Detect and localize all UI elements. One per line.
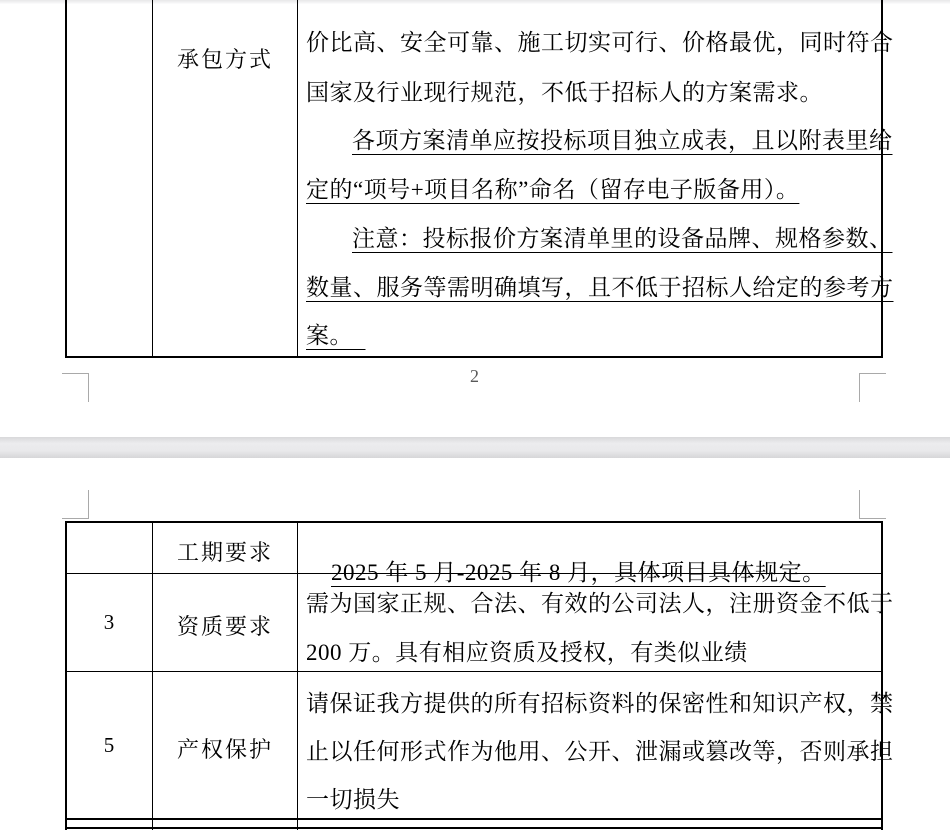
table1-content-line: 价比高、安全可靠、施工切实可行、价格最优，同时符合 — [306, 24, 886, 57]
table2-row-divider-4 — [65, 827, 883, 829]
table2-row3-label: 产权保护 — [153, 733, 297, 764]
previous-row-edge — [0, 0, 950, 4]
margin-mark-top-left-icon — [62, 490, 89, 519]
table2-row-divider-3 — [65, 818, 883, 820]
table1-content-line: 注意：投标报价方案清单里的设备品牌、规格参数、 — [306, 220, 932, 253]
page-gap — [0, 437, 950, 458]
table1-content-line: 数量、服务等需明确填写，且不低于招标人给定的参考方 — [306, 269, 886, 302]
table2-border-top — [65, 521, 883, 523]
table1-border-bottom — [65, 356, 883, 358]
table2-row2-content: 200 万。具有相应资质及授权，有类似业绩 — [306, 634, 886, 667]
table2-row2-number: 3 — [66, 610, 152, 635]
page-number: 2 — [425, 366, 525, 388]
table2-row3-content: 一切损失 — [306, 781, 886, 814]
table2-row-divider-2 — [67, 671, 881, 672]
table1-content-line: 定的“项号+项目名称”命名（留存电子版备用）。 — [306, 171, 886, 204]
table2-row3-content: 请保证我方提供的所有招标资料的保密性和知识产权，禁 — [306, 685, 886, 718]
margin-mark-bottom-left-icon — [62, 373, 89, 402]
table2-border-left — [65, 521, 67, 830]
table1-content-line: 国家及行业现行规范，不低于招标人的方案需求。 — [306, 74, 886, 107]
table1-border-left — [65, 0, 67, 358]
table2-row3-number: 5 — [66, 733, 152, 758]
table2-divider-col2 — [297, 523, 298, 830]
table2-row2-content: 需为国家正规、合法、有效的公司法人，注册资金不低于 — [306, 585, 886, 618]
document-canvas: 承包方式 价比高、安全可靠、施工切实可行、价格最优，同时符合 国家及行业现行规范… — [0, 0, 950, 830]
margin-mark-top-right-icon — [859, 490, 886, 519]
table2-row1-label: 工期要求 — [153, 536, 297, 567]
table1-content-line: 案。 — [306, 317, 886, 350]
table1-content-line: 各项方案清单应按投标项目独立成表，且以附表里给 — [306, 122, 932, 155]
table2-row2-label: 资质要求 — [153, 610, 297, 641]
table1-row-label: 承包方式 — [153, 43, 297, 74]
table1-divider-col2 — [297, 0, 298, 356]
table2-divider-col1 — [152, 523, 153, 830]
table2-row1-content: 2025 年 5 月-2025 年 8 月，具体项目具体规定。 — [306, 528, 886, 587]
margin-mark-bottom-right-icon — [859, 373, 886, 402]
table2-row3-content: 止以任何形式作为他用、公开、泄漏或篡改等，否则承担 — [306, 733, 886, 766]
